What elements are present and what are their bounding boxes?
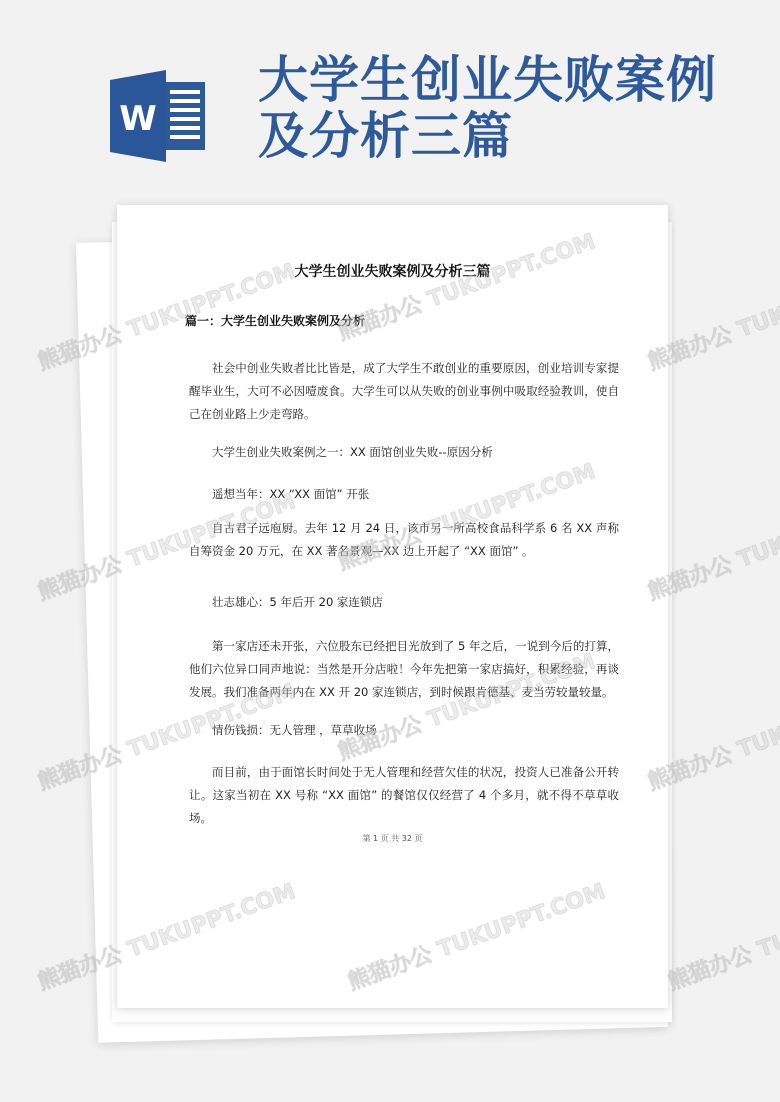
paragraph: 社会中创业失败者比比皆是，成了大学生不敢创业的重要原因，创业培训专家提醒毕业生，… (189, 357, 619, 426)
document-page: 大学生创业失败案例及分析三篇 篇一：大学生创业失败案例及分析 社会中创业失败者比… (117, 205, 668, 1008)
paragraph: 大学生创业失败案例之一：XX 面馆创业失败--原因分析 (189, 441, 619, 464)
paragraph: 情伤钱损：无人管理 ，草草收场 (189, 719, 619, 742)
paragraph: 遥想当年：XX “XX 面馆” 开张 (189, 483, 619, 506)
svg-text:W: W (119, 99, 157, 139)
hero-title: 大学生创业失败案例及分析三篇 (258, 52, 738, 164)
section-heading: 篇一：大学生创业失败案例及分析 (185, 312, 365, 329)
paragraph: 自古君子远庖厨。去年 12 月 24 日，该市另一所高校食品科学系 6 名 XX… (189, 517, 619, 563)
document-title: 大学生创业失败案例及分析三篇 (117, 261, 668, 281)
paragraph: 第一家店还未开张，六位股东已经把目光放到了 5 年之后，一说到今后的打算，他们六… (189, 635, 619, 704)
paragraph: 而目前，由于面馆长时间处于无人管理和经营欠佳的状况，投资人已准备公开转让。这家当… (189, 761, 619, 830)
paragraph: 壮志雄心：5 年后开 20 家连锁店 (189, 591, 619, 614)
watermark: 熊猫办公 TUKUPPT.COM (663, 874, 780, 996)
word-document-icon: W (108, 68, 208, 164)
page-number: 第 1 页 共 32 页 (117, 833, 668, 844)
